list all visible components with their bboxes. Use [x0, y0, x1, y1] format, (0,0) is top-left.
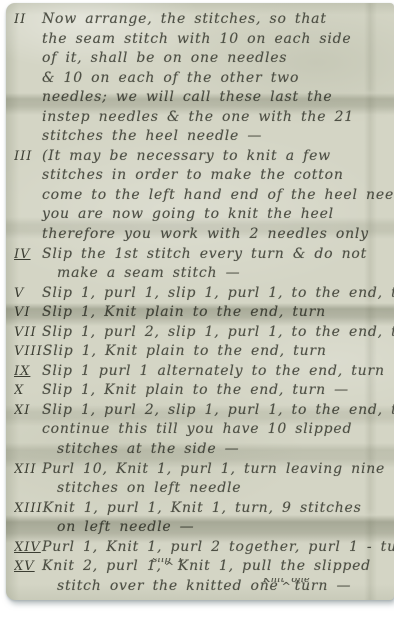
text-segment: Now arrange, the stitches, so that: [42, 11, 327, 27]
manuscript-line: the seam stitch with 10 on each side: [14, 31, 394, 51]
section-numeral: VIII: [14, 344, 43, 359]
scanned-page: IINow arrange, the stitches, so thatthe …: [0, 0, 394, 618]
manuscript-line: stitches at the side —: [14, 441, 394, 461]
line-text: (It may be necessary to knit a few: [42, 148, 331, 164]
text-segment: stitches on left needle: [57, 480, 241, 496]
text-segment: the seam stitch with 10 on each side: [42, 31, 352, 47]
line-text: stitches the heel needle —: [42, 128, 262, 144]
manuscript-line: stitches in order to make the cotton: [14, 167, 394, 187]
line-text: needles; we will call these last the: [42, 89, 333, 105]
section-numeral: XI: [14, 403, 42, 418]
line-text: Now arrange, the stitches, so that: [42, 11, 327, 27]
text-segment: Slip the 1st stitch every turn & do not: [42, 246, 367, 262]
line-text: Slip the 1st stitch every turn & do not: [42, 246, 367, 262]
line-text: Knit 2, purl 1,slip 1,^Knit 1, pull the …: [42, 558, 371, 574]
text-segment: stitches in order to make the cotton: [42, 167, 344, 183]
line-text: Slip 1, Knit plain to the end, turn: [43, 343, 327, 359]
manuscript-line: VISlip 1, Knit plain to the end, turn: [14, 304, 394, 324]
line-text: Knit 1, purl 1, Knit 1, turn, 9 stitches: [43, 500, 362, 516]
line-text: Slip 1, Knit plain to the end, turn —: [42, 382, 349, 398]
line-text: Purl 10, Knit 1, purl 1, turn leaving ni…: [42, 461, 385, 477]
line-text: stitches on left needle: [57, 480, 241, 496]
section-numeral: IV: [14, 247, 42, 262]
line-text: Slip 1, Knit plain to the end, turn: [42, 304, 326, 320]
section-numeral: V: [14, 286, 42, 301]
text-segment: Slip 1, Knit plain to the end, turn: [42, 304, 326, 320]
manuscript-line: stitches the heel needle —: [14, 128, 394, 148]
text-segment: make a seam stitch —: [57, 265, 240, 281]
manuscript-line: stitches on left needle: [14, 480, 394, 500]
text-segment: Purl 1, Knit 1, purl 2 together, purl 1 …: [42, 539, 394, 555]
line-text: Slip 1, purl 2, slip 1, purl 1, to the e…: [42, 324, 394, 340]
manuscript-line: & 10 on each of the other two: [14, 70, 394, 90]
line-text: stitches in order to make the cotton: [42, 167, 344, 183]
text-segment: Knit 2, purl 1,: [42, 558, 162, 574]
manuscript-line: therefore you work with 2 needles only: [14, 226, 394, 246]
text-segment: instep needles & the one with the 21: [42, 109, 354, 125]
text-segment: & 10 on each of the other two: [42, 70, 299, 86]
manuscript-line: make a seam stitch —: [14, 265, 394, 285]
text-segment: Slip 1, Knit plain to the end, turn —: [42, 382, 349, 398]
text-segment: you are now going to knit the heel: [42, 206, 334, 222]
text-segment: Slip 1, purl 2, slip 1, purl 1, to the e…: [42, 402, 394, 418]
manuscript-line: XSlip 1, Knit plain to the end, turn —: [14, 382, 394, 402]
line-text: of it, shall be on one needles: [42, 50, 287, 66]
manuscript-text: IINow arrange, the stitches, so thatthe …: [6, 3, 394, 600]
manuscript-paper: IINow arrange, the stitches, so thatthe …: [6, 3, 394, 600]
line-text: come to the left hand end of the heel ne…: [42, 187, 394, 203]
manuscript-line: on left needle —: [14, 519, 394, 539]
manuscript-line: XIIIKnit 1, purl 1, Knit 1, turn, 9 stit…: [14, 500, 394, 520]
text-segment: Slip 1, purl 2, slip 1, purl 1, to the e…: [42, 324, 394, 340]
text-segment: come to the left hand end of the heel ne…: [42, 187, 394, 203]
manuscript-line: stitch over the knitted oneKnit one^turn…: [14, 578, 394, 598]
section-numeral: XIII: [14, 501, 43, 516]
line-text: instep needles & the one with the 21: [42, 109, 354, 125]
section-numeral: III: [14, 149, 42, 164]
text-segment: Purl 10, Knit 1, purl 1, turn leaving ni…: [42, 461, 385, 477]
text-segment: needles; we will call these last the: [42, 89, 333, 105]
manuscript-line: IXSlip 1 purl 1 alternately to the end, …: [14, 363, 394, 383]
manuscript-line: you are now going to knit the heel: [14, 206, 394, 226]
manuscript-line: IVSlip the 1st stitch every turn & do no…: [14, 246, 394, 266]
text-segment: therefore you work with 2 needles only: [42, 226, 369, 242]
line-text: you are now going to knit the heel: [42, 206, 334, 222]
line-text: & 10 on each of the other two: [42, 70, 299, 86]
section-numeral: X: [14, 383, 42, 398]
line-text: continue this till you have 10 slipped: [42, 421, 352, 437]
text-segment: Slip 1, purl 1, slip 1, purl 1, to the e…: [42, 285, 394, 301]
text-segment: Slip 1 purl 1 alternately to the end, tu…: [42, 363, 385, 379]
manuscript-line: VIIISlip 1, Knit plain to the end, turn: [14, 343, 394, 363]
line-text: therefore you work with 2 needles only: [42, 226, 369, 242]
line-text: stitch over the knitted oneKnit one^turn…: [57, 578, 351, 594]
text-segment: (It may be necessary to knit a few: [42, 148, 331, 164]
text-segment: of it, shall be on one needles: [42, 50, 287, 66]
text-segment: stitches the heel needle —: [42, 128, 262, 144]
manuscript-line: of it, shall be on one needles: [14, 50, 394, 70]
section-numeral: IX: [14, 364, 42, 379]
line-text: on left needle —: [57, 519, 194, 535]
manuscript-line: VSlip 1, purl 1, slip 1, purl 1, to the …: [14, 285, 394, 305]
manuscript-line: XVKnit 2, purl 1,slip 1,^Knit 1, pull th…: [14, 558, 394, 578]
section-numeral: XV: [14, 559, 42, 574]
manuscript-line: XIVPurl 1, Knit 1, purl 2 together, purl…: [14, 539, 394, 559]
manuscript-line: XISlip 1, purl 2, slip 1, purl 1, to the…: [14, 402, 394, 422]
line-text: stitches at the side —: [57, 441, 239, 457]
insertion-text: Knit one: [263, 578, 310, 585]
section-numeral: XII: [14, 462, 42, 477]
insertion-text: slip 1,: [152, 558, 187, 565]
line-text: the seam stitch with 10 on each side: [42, 31, 352, 47]
section-numeral: XIV: [14, 540, 42, 555]
section-numeral: II: [14, 12, 42, 27]
text-segment: stitch over the knitted one: [57, 578, 279, 594]
line-text: Slip 1 purl 1 alternately to the end, tu…: [42, 363, 385, 379]
line-text: Slip 1, purl 1, slip 1, purl 1, to the e…: [42, 285, 394, 301]
text-segment: Slip 1, Knit plain to the end, turn: [43, 343, 327, 359]
text-segment: Knit 1, pull the slipped: [178, 558, 371, 574]
manuscript-line: instep needles & the one with the 21: [14, 109, 394, 129]
manuscript-line: continue this till you have 10 slipped: [14, 421, 394, 441]
text-segment: stitches at the side —: [57, 441, 239, 457]
manuscript-line: come to the left hand end of the heel ne…: [14, 187, 394, 207]
manuscript-line: III(It may be necessary to knit a few: [14, 148, 394, 168]
text-segment: on left needle —: [57, 519, 194, 535]
section-numeral: VII: [14, 325, 42, 340]
interlinear-insertion: Knit one^: [282, 578, 292, 594]
interlinear-insertion: slip 1,^: [165, 558, 175, 574]
text-segment: continue this till you have 10 slipped: [42, 421, 352, 437]
line-text: Purl 1, Knit 1, purl 2 together, purl 1 …: [42, 539, 394, 555]
manuscript-line: VIISlip 1, purl 2, slip 1, purl 1, to th…: [14, 324, 394, 344]
line-text: make a seam stitch —: [57, 265, 240, 281]
manuscript-line: needles; we will call these last the: [14, 89, 394, 109]
manuscript-line: IINow arrange, the stitches, so that: [14, 11, 394, 31]
manuscript-line: XIIPurl 10, Knit 1, purl 1, turn leaving…: [14, 461, 394, 481]
line-text: Slip 1, purl 2, slip 1, purl 1, to the e…: [42, 402, 394, 418]
section-numeral: VI: [14, 305, 42, 320]
text-segment: Knit 1, purl 1, Knit 1, turn, 9 stitches: [43, 500, 362, 516]
